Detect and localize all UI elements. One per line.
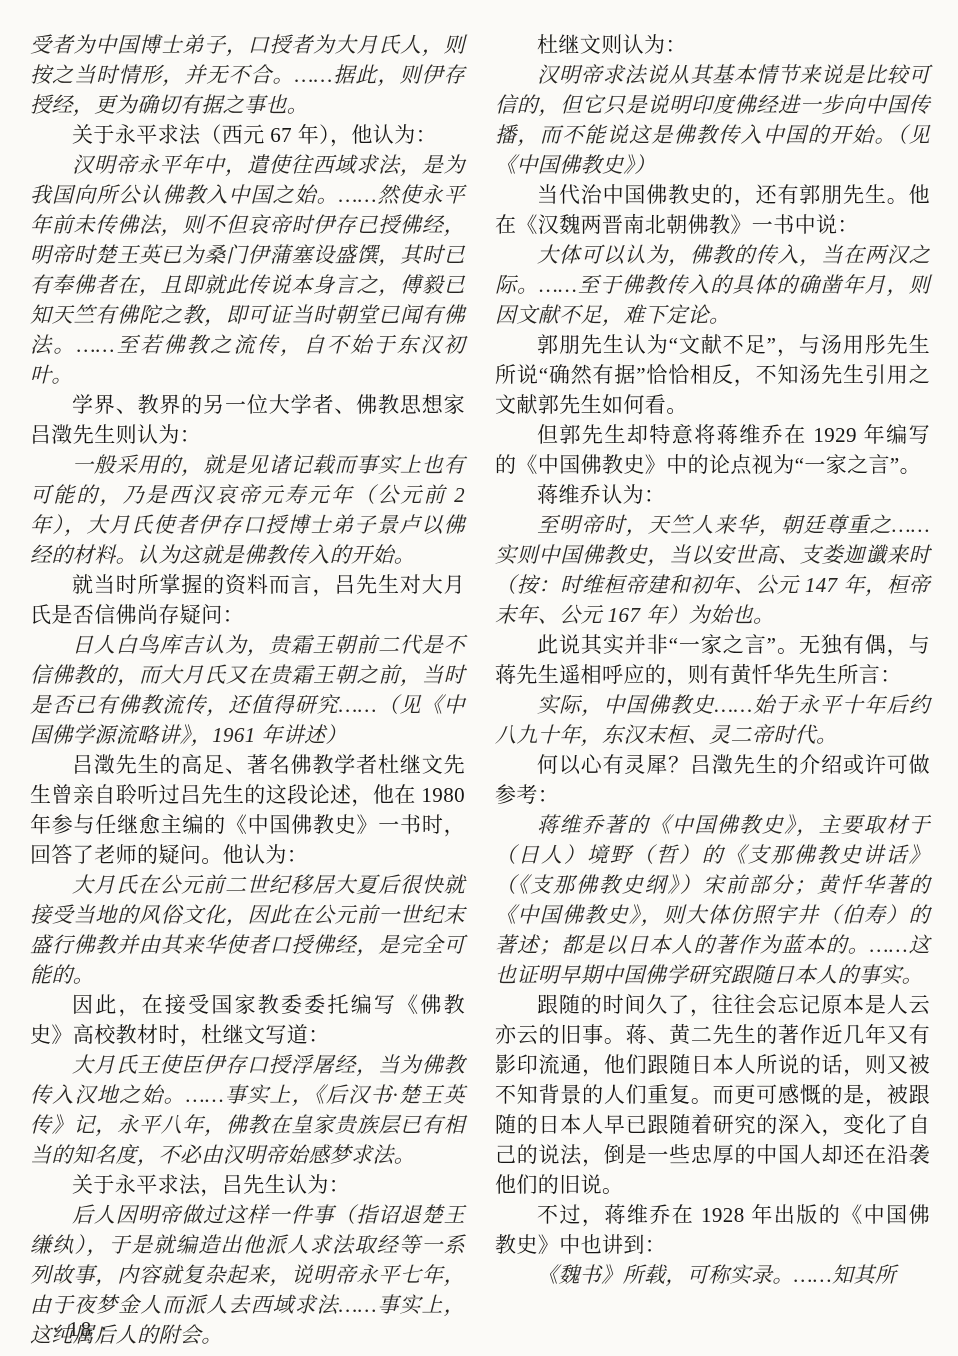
paragraph: 当代治中国佛教史的，还有郭朋先生。他在《汉魏两晋南北朝佛教》一书中说： <box>495 180 930 240</box>
paragraph: 受者为中国博士弟子，口授者为大月氏人，则按之当时情形，并无不合。……据此，则伊存… <box>30 30 465 120</box>
text-columns: 受者为中国博士弟子，口授者为大月氏人，则按之当时情形，并无不合。……据此，则伊存… <box>30 30 930 1350</box>
paragraph: 学界、教界的另一位大学者、佛教思想家吕澂先生则认为： <box>30 390 465 450</box>
paragraph: 大月氏王使臣伊存口授浮屠经，当为佛教传入汉地之始。……事实上，《后汉书·楚王英传… <box>30 1050 465 1170</box>
paragraph: 因此，在接受国家教委委托编写《佛教史》高校教材时，杜继文写道： <box>30 990 465 1050</box>
paragraph: 汉明帝求法说从其基本情节来说是比较可信的，但它只是说明印度佛经进一步向中国传播，… <box>495 60 930 180</box>
paragraph: 大体可以认为，佛教的传入，当在两汉之际。……至于佛教传入的具体的确凿年月，则因文… <box>495 240 930 330</box>
right-column: 杜继文则认为：汉明帝求法说从其基本情节来说是比较可信的，但它只是说明印度佛经进一… <box>495 30 930 1290</box>
left-column: 受者为中国博士弟子，口授者为大月氏人，则按之当时情形，并无不合。……据此，则伊存… <box>30 30 465 1350</box>
paragraph: 大月氏在公元前二世纪移居大夏后很快就接受当地的风俗文化，因此在公元前一世纪末盛行… <box>30 870 465 990</box>
paragraph: 郭朋先生认为“文献不足”，与汤用彤先生所说“确然有据”恰恰相反，不知汤先生引用之… <box>495 330 930 420</box>
page-number: · 18 · <box>52 1317 110 1342</box>
paragraph: 实际，中国佛教史……始于永平十年后约八九十年，东汉末桓、灵二帝时代。 <box>495 690 930 750</box>
paragraph: 杜继文则认为： <box>495 30 930 60</box>
paragraph: 汉明帝永平年中，遣使往西域求法，是为我国向所公认佛教入中国之始。……然使永平年前… <box>30 150 465 390</box>
paragraph: 不过，蒋维乔在 1928 年出版的《中国佛教史》中也讲到： <box>495 1200 930 1260</box>
paragraph: 蒋维乔著的《中国佛教史》，主要取材于（日人）境野（哲）的《支那佛教史讲话》（《支… <box>495 810 930 990</box>
paragraph: 至明帝时，天竺人来华，朝廷尊重之……实则中国佛教史，当以安世高、支娄迦谶来时（按… <box>495 510 930 630</box>
paragraph: 《魏书》所载，可称实录。……知其所 <box>495 1260 930 1290</box>
book-page: 受者为中国博士弟子，口授者为大月氏人，则按之当时情形，并无不合。……据此，则伊存… <box>0 0 958 1356</box>
paragraph: 一般采用的，就是见诸记载而事实上也有可能的，乃是西汉哀帝元寿元年（公元前 2 年… <box>30 450 465 570</box>
paragraph: 蒋维乔认为： <box>495 480 930 510</box>
paragraph: 就当时所掌握的资料而言，吕先生对大月氏是否信佛尚存疑问： <box>30 570 465 630</box>
paragraph: 但郭先生却特意将蒋维乔在 1929 年编写的《中国佛教史》中的论点视为“一家之言… <box>495 420 930 480</box>
paragraph: 何以心有灵犀？吕澂先生的介绍或许可做参考： <box>495 750 930 810</box>
paragraph: 吕澂先生的高足、著名佛教学者杜继文先生曾亲自聆听过吕先生的这段论述，他在 198… <box>30 750 465 870</box>
paragraph: 关于永平求法，吕先生认为： <box>30 1170 465 1200</box>
paragraph: 关于永平求法（西元 67 年），他认为： <box>30 120 465 150</box>
paragraph: 跟随的时间久了，往往会忘记原本是人云亦云的旧事。蒋、黄二先生的著作近几年又有影印… <box>495 990 930 1200</box>
paragraph: 此说其实并非“一家之言”。无独有偶，与蒋先生遥相呼应的，则有黄忏华先生所言： <box>495 630 930 690</box>
paragraph: 日人白鸟库吉认为，贵霜王朝前二代是不信佛教的，而大月氏又在贵霜王朝之前，当时是否… <box>30 630 465 750</box>
